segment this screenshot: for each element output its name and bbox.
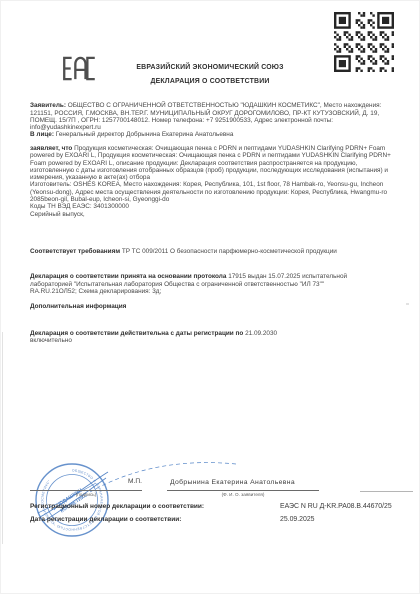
qr-code-icon	[334, 12, 394, 72]
product-paragraph: заявляет, что Продукция косметическая: О…	[30, 145, 398, 218]
stamp-place-label: М.П.	[128, 478, 142, 485]
signature-caption: (подпись)	[30, 492, 142, 497]
compliance-label: Соответствует требованиям	[30, 248, 120, 255]
applicant-label: Заявитель:	[30, 102, 66, 109]
scan-artifact	[406, 303, 409, 305]
registration-date-row: Дата регистрации декларации о соответств…	[30, 516, 410, 523]
registration-number-value: ЕАЭС N RU Д-KR.РА08.В.44670/25	[280, 503, 392, 510]
name-line	[167, 490, 319, 491]
round-stamp-icon	[36, 464, 108, 536]
scan-artifact	[2, 332, 3, 544]
document-title: ДЕКЛАРАЦИЯ О СООТВЕТСТВИИ	[70, 78, 350, 85]
tnved-codes: Коды ТН ВЭД ЕАЭС: 3401300000	[30, 203, 398, 210]
declaration-document: ЕВРАЗИЙСКИЙ ЭКОНОМИЧЕСКИЙ СОЮЗ ДЕКЛАРАЦИ…	[0, 0, 420, 594]
document-header: ЕВРАЗИЙСКИЙ ЭКОНОМИЧЕСКИЙ СОЮЗ ДЕКЛАРАЦИ…	[70, 64, 350, 85]
signature-line	[30, 490, 142, 491]
stamp-and-signature: ОБЩЕСТВО С ОГРАНИЧЕННОЙ ОТВЕТСТВЕННОСТЬЮ…	[24, 447, 250, 549]
compliance-paragraph: Соответствует требованиям ТР ТС 009/2011…	[30, 248, 362, 255]
registration-number-label: Регистрационный номер декларации о соотв…	[30, 503, 204, 510]
basis-label: Декларация о соответствии принята на осн…	[30, 273, 226, 280]
validity-date: 21.09.2030	[245, 330, 277, 337]
compliance-text: ТР ТС 009/2011 О безопасности парфюмерно…	[122, 248, 337, 255]
applicant-text: ОБЩЕСТВО С ОГРАНИЧЕННОЙ ОТВЕТСТВЕННОСТЬЮ…	[30, 102, 381, 131]
representative-text: Генеральный директор Добрынина Екатерина…	[56, 131, 234, 138]
validity-suffix: включительно	[30, 337, 362, 344]
registration-number-row: Регистрационный номер декларации о соотв…	[30, 503, 410, 510]
additional-info-label: Дополнительная информация	[30, 303, 126, 310]
declares-label: заявляет, что	[30, 145, 72, 152]
representative-paragraph: В лице: Генеральный директор Добрынина Е…	[30, 131, 398, 138]
product-text: Продукция косметическая: Очищающая пенка…	[30, 145, 391, 181]
name-caption: (Ф. И. О. заявителя)	[167, 492, 319, 497]
registration-date-value: 25.09.2025	[280, 516, 315, 523]
signatory-name: Добрынина Екатерина Анатольевна	[170, 479, 295, 486]
validity-label: Декларация о соответствии действительна …	[30, 330, 243, 337]
validity-paragraph: Декларация о соответствии действительна …	[30, 330, 362, 345]
applicant-paragraph: Заявитель: ОБЩЕСТВО С ОГРАНИЧЕННОЙ ОТВЕТ…	[30, 102, 398, 131]
additional-info-heading: Дополнительная информация	[30, 303, 398, 310]
release-type: Серийный выпуск,	[30, 211, 398, 218]
basis-paragraph: Декларация о соответствии принята на осн…	[30, 273, 362, 295]
union-name: ЕВРАЗИЙСКИЙ ЭКОНОМИЧЕСКИЙ СОЮЗ	[70, 64, 350, 71]
registration-date-label: Дата регистрации декларации о соответств…	[30, 516, 181, 523]
representative-label: В лице:	[30, 131, 54, 138]
manufacturer-statement: Изготовитель: OSHES KOREA, Место нахожде…	[30, 181, 398, 203]
extra-line	[360, 491, 413, 492]
product-statement: заявляет, что Продукция косметическая: О…	[30, 145, 398, 181]
